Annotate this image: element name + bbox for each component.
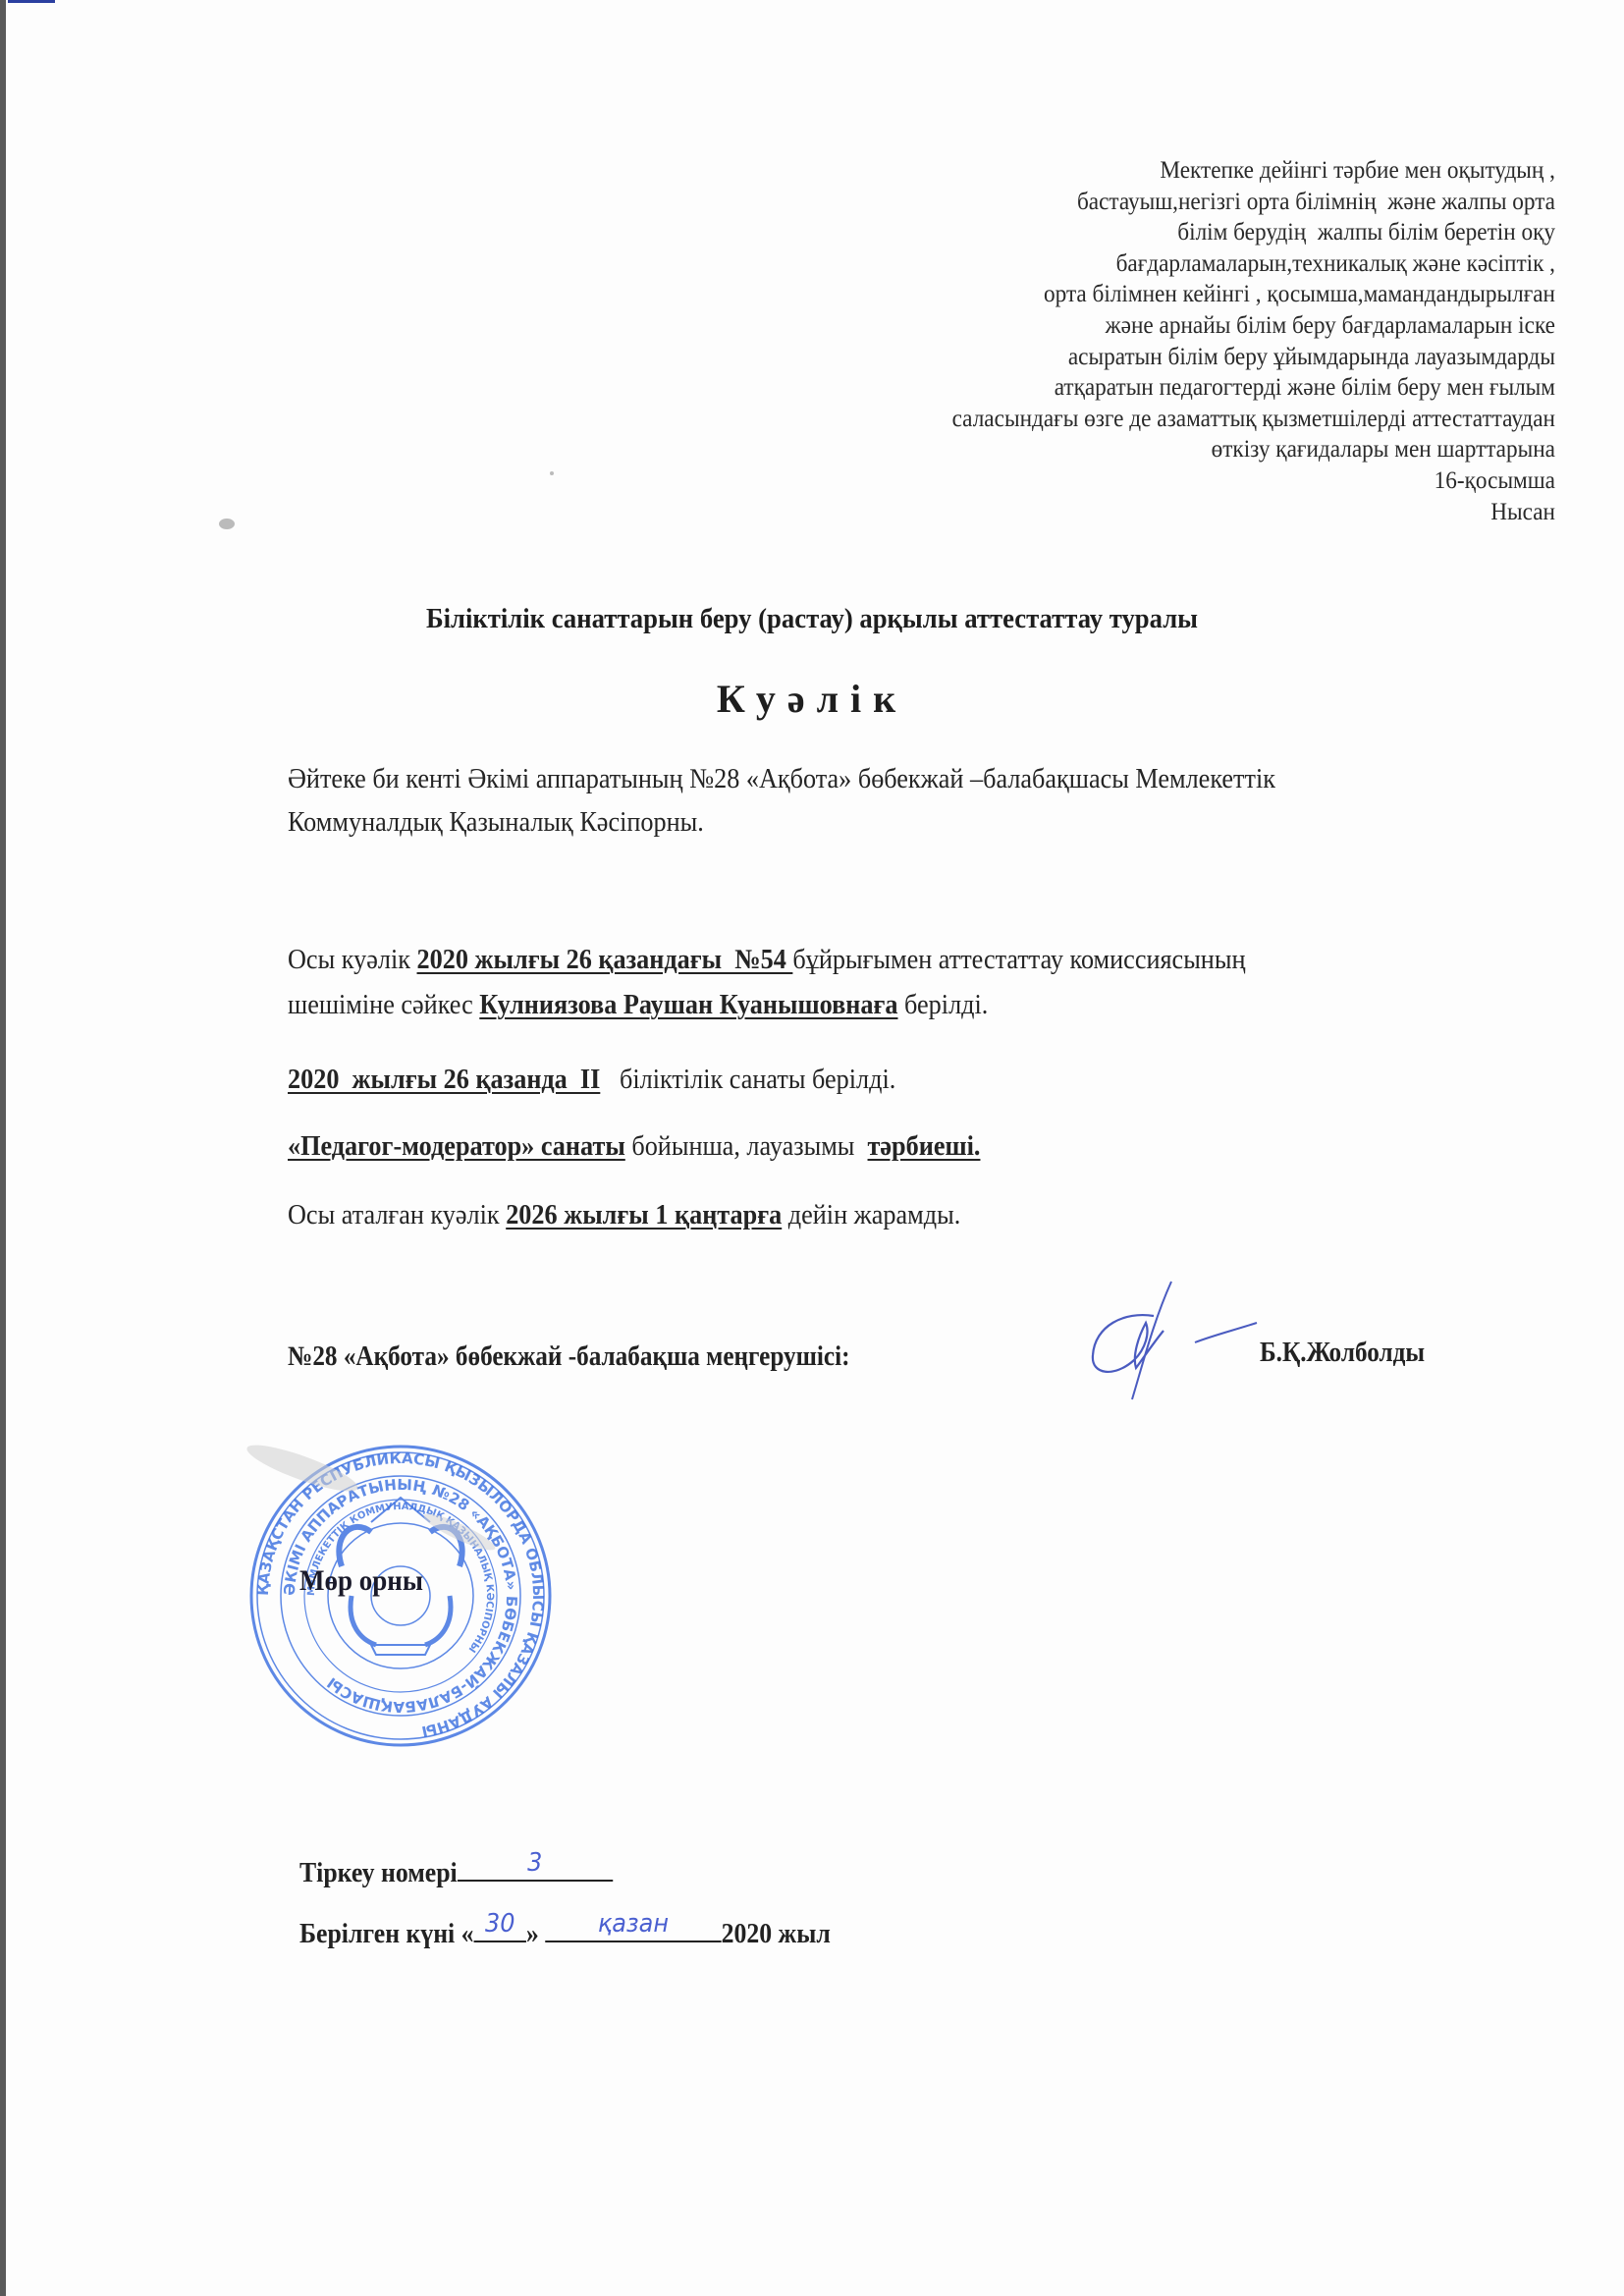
scan-mark [8,0,55,3]
issuance-line-1: Осы куәлік 2020 жылғы 26 қазандағы №54 б… [288,945,1245,976]
header-line: бағдарламаларын,техникалық және кәсіптік… [733,248,1555,280]
document-subtitle: Біліктілік санаттарын беру (растау) арқы… [65,603,1559,635]
category-line: 2020 жылғы 26 қазанда II біліктілік сана… [288,1065,895,1096]
text: дейін жарамды. [782,1200,960,1230]
text: Осы куәлік [288,945,417,975]
issue-date-label: Берілген күні « [299,1919,474,1949]
position-title: тәрбиеші. [868,1131,981,1162]
organization-line-1: Әйтеке би кенті Әкімі аппаратының №28 «А… [288,764,1275,795]
annex-number: 16-қосымша [733,465,1555,497]
category-date: 2020 жылғы 26 қазанда II [288,1065,600,1095]
scan-edge [0,0,6,2296]
category-position-line: «Педагог-модератор» санаты бойынша, лауа… [288,1131,980,1163]
text: берілді. [897,990,988,1020]
header-line: бастауыш,негізгі орта білімнің және жалп… [733,187,1555,218]
text: бойынша, лауазымы [625,1131,868,1162]
valid-until-date: 2026 жылғы 1 қаңтарға [506,1200,782,1230]
seal-placeholder-label: Мөр орны [299,1564,423,1598]
registration-number-value: 3 [458,1848,613,1878]
scan-speck [219,519,235,529]
header-line: білім берудің жалпы білім беретін оқу [733,217,1555,248]
handwritten-signature-icon [1085,1262,1272,1404]
header-line: Мектепке дейінгі тәрбие мен оқытудың , [733,155,1555,187]
header-line: орта білімнен кейінгі , қосымша,мамандан… [733,279,1555,310]
registration-number-row: Тіркеу номері3 [299,1854,613,1889]
issuance-line-2: шешіміне сәйкес Кулниязова Раушан Куаныш… [288,990,988,1021]
document-title: Куәлік [0,676,1624,722]
text: біліктілік санаты берілді. [600,1065,895,1095]
header-line: және арнайы білім беру бағдарламаларын і… [733,310,1555,342]
annex-header: Мектепке дейінгі тәрбие мен оқытудың , б… [733,155,1555,527]
text: шешіміне сәйкес [288,990,479,1020]
header-line: атқаратын педагогтерді және білім беру м… [733,372,1555,404]
header-line: өткізу қағидалары мен шарттарына [733,434,1555,465]
text: » [526,1919,545,1949]
header-line: саласындағы өзге де азаматтық қызметшіле… [733,404,1555,435]
validity-line: Осы аталған куәлік 2026 жылғы 1 қаңтарға… [288,1200,960,1231]
registration-number-field[interactable]: 3 [458,1854,613,1882]
registration-number-label: Тіркеу номері [299,1858,458,1888]
signatory-name: Б.Қ.Жолболды [1260,1338,1425,1369]
organization-line-2: Коммуналдық Қазыналық Кәсіпорны. [288,807,704,839]
issue-day-value: 30 [474,1909,526,1939]
issue-year: 2020 жыл [722,1919,831,1949]
form-label: Нысан [733,497,1555,528]
text: бұйрығымен аттестаттау комиссиясының [792,945,1245,975]
issue-month-field[interactable]: қазан [545,1915,721,1942]
text: Осы аталған куәлік [288,1200,506,1230]
header-line: асыратын білім беру ұйымдарында лауазымд… [733,342,1555,373]
issue-day-field[interactable]: 30 [474,1915,526,1942]
signatory-title: №28 «Ақбота» бөбекжай -балабақша меңгеру… [288,1341,849,1373]
recipient-name: Кулниязова Раушан Куанышовнаға [479,990,897,1020]
scan-speck [550,471,554,475]
document-page: Мектепке дейінгі тәрбие мен оқытудың , б… [0,0,1624,2296]
issue-month-value: қазан [545,1909,721,1939]
category-name: «Педагог-модератор» санаты [288,1131,625,1162]
issue-date-row: Берілген күні «30» қазан2020 жыл [299,1915,831,1950]
order-reference: 2020 жылғы 26 қазандағы №54 [417,945,793,975]
